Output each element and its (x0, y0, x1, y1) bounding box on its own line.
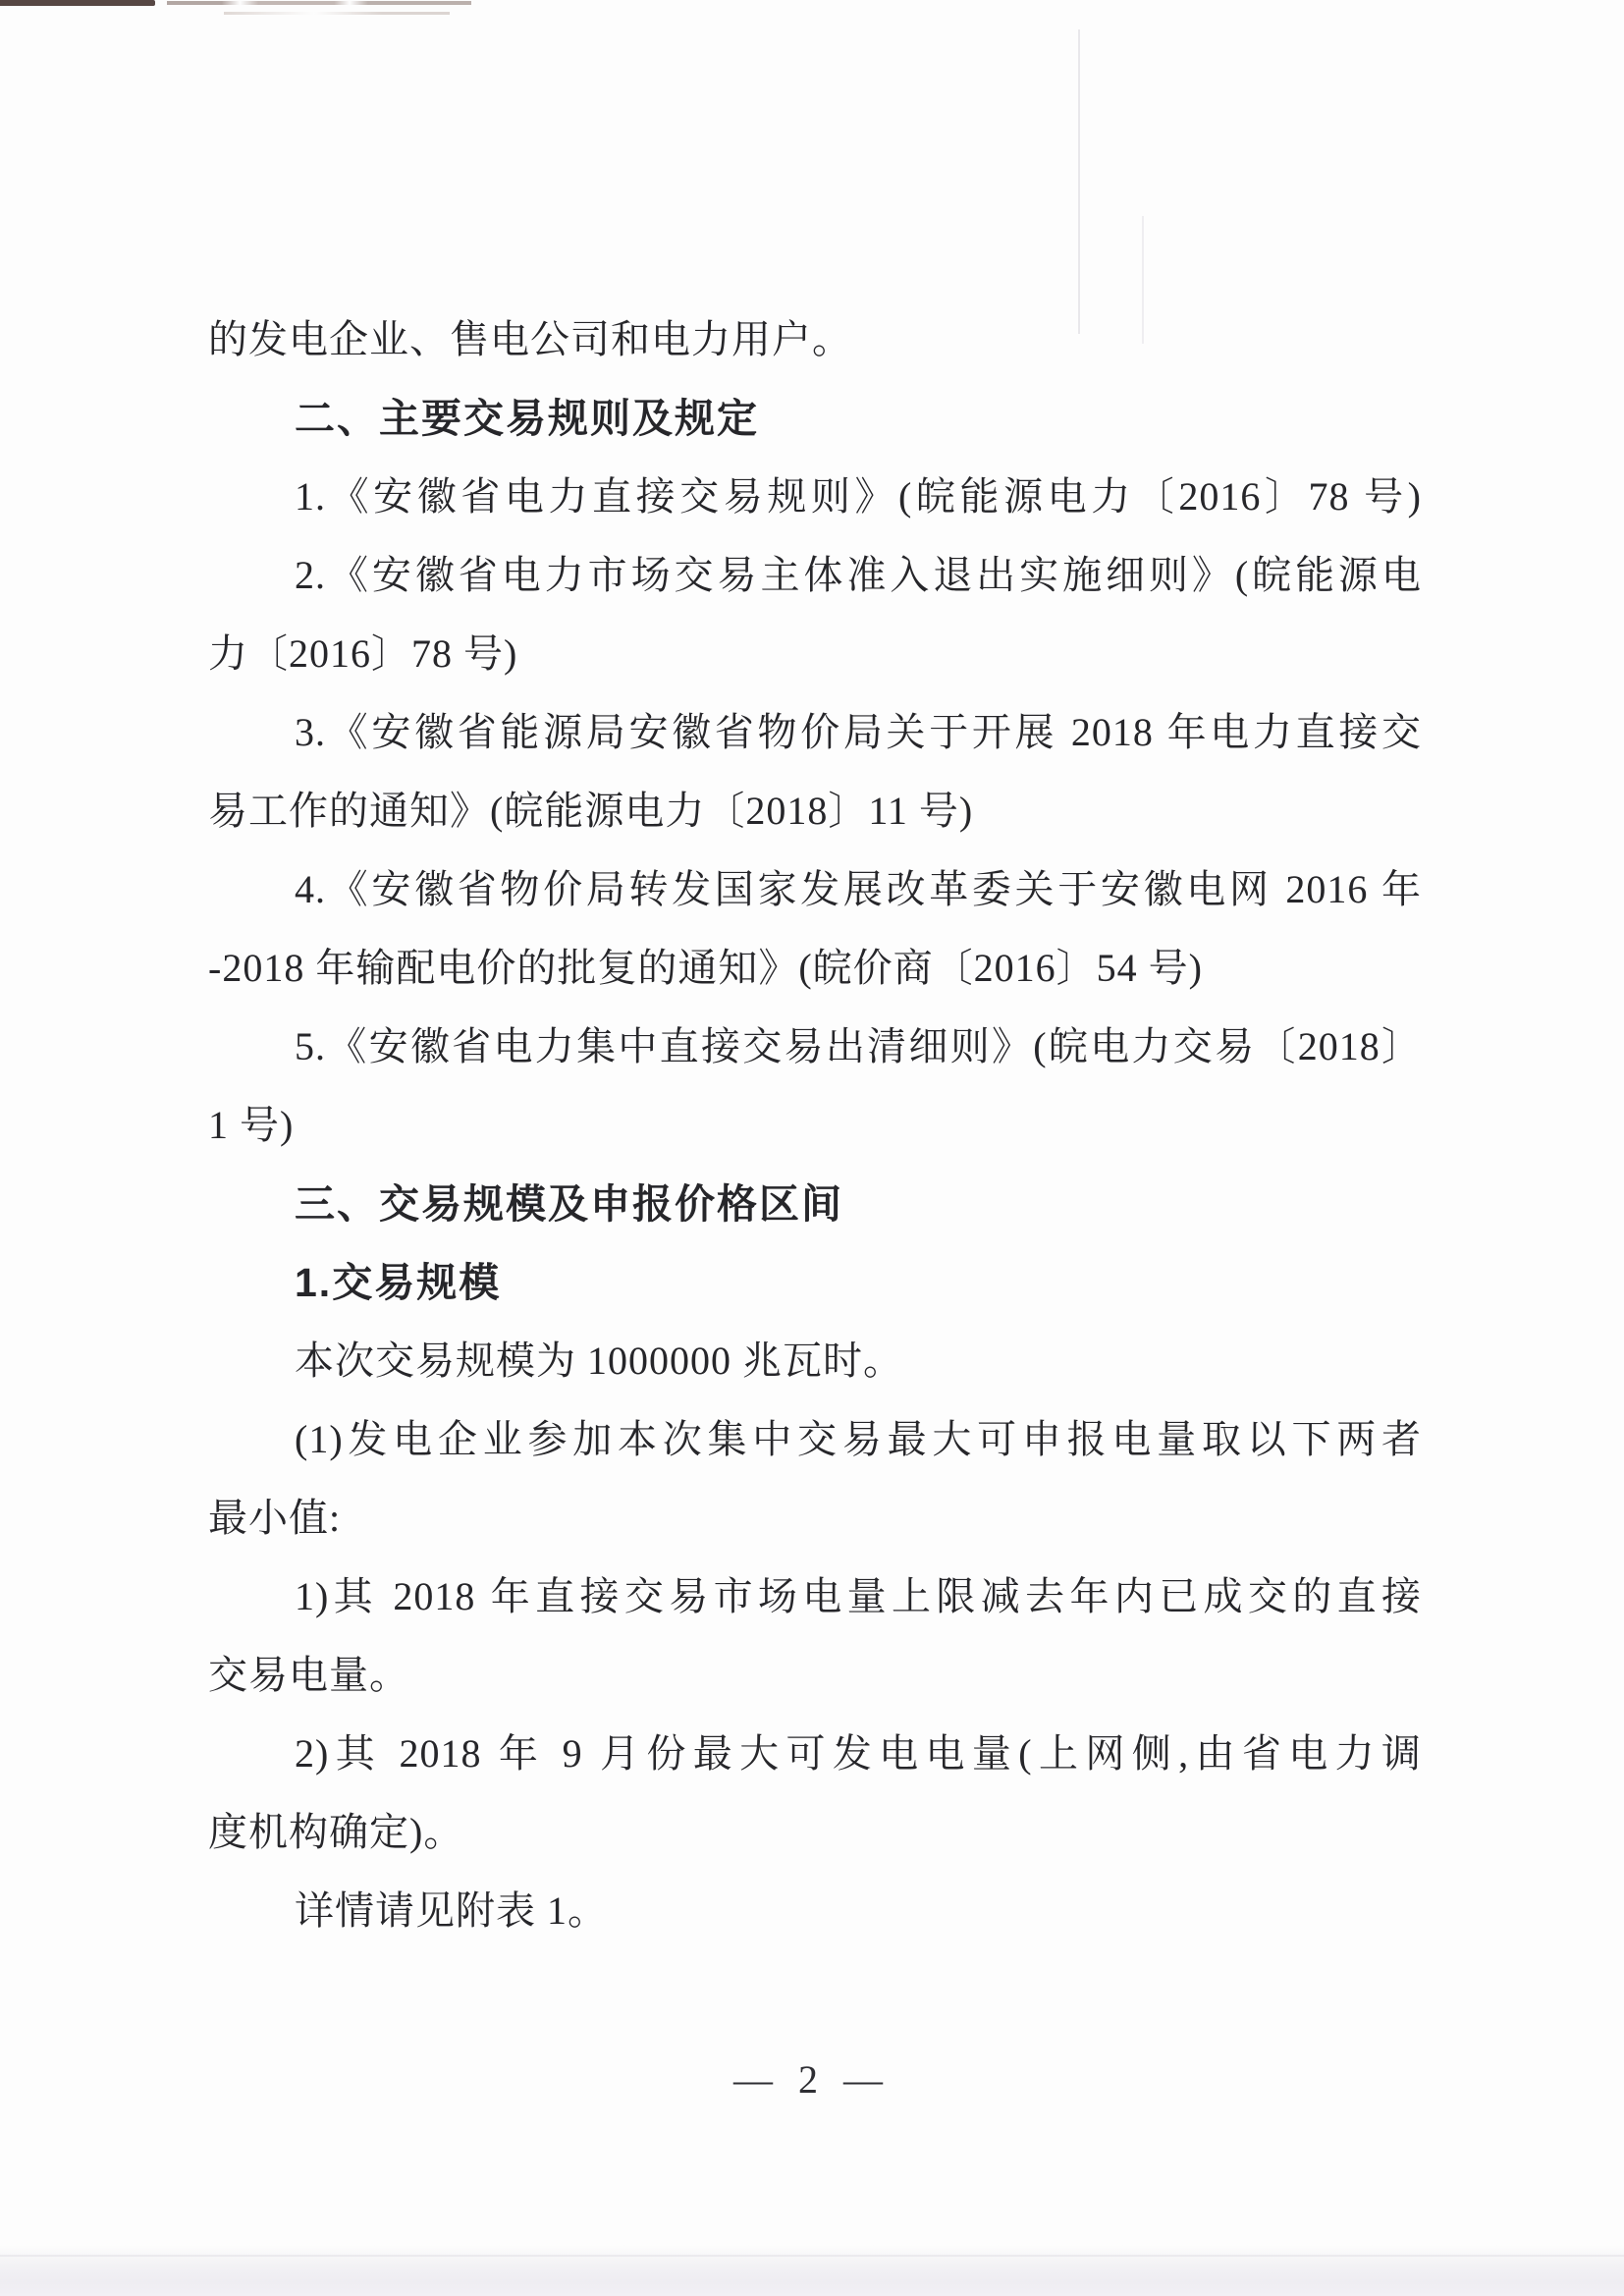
rule-item-2-line-2: 力〔2016〕78 号) (208, 615, 1422, 693)
rule-item-3-line-1: 3.《安徽省能源局安徽省物价局关于开展 2018 年电力直接交 (208, 693, 1422, 772)
item-1-line-2: 最小值: (208, 1479, 1422, 1558)
rule-item-5-line-1: 5.《安徽省电力集中直接交易出清细则》(皖电力交易〔2018〕 (208, 1008, 1422, 1086)
page-number: — 2 — (0, 2049, 1624, 2111)
rule-item-4-line-2: -2018 年输配电价的批复的通知》(皖价商〔2016〕54 号) (208, 929, 1422, 1008)
rule-item-1: 1.《安徽省电力直接交易规则》(皖能源电力〔2016〕78 号) (208, 458, 1422, 536)
scan-artifact-bottom-band (0, 2245, 1624, 2296)
item-1-line-1: (1)发电企业参加本次集中交易最大可申报电量取以下两者 (208, 1400, 1422, 1479)
trade-scale-line: 本次交易规模为 1000000 兆瓦时。 (208, 1322, 1422, 1400)
section-3-heading: 三、交易规模及申报价格区间 (208, 1165, 1422, 1243)
sub-item-1-line-2: 交易电量。 (208, 1636, 1422, 1715)
rule-item-2-line-1: 2.《安徽省电力市场交易主体准入退出实施细则》(皖能源电 (208, 536, 1422, 615)
document-page: 的发电企业、售电公司和电力用户。二、主要交易规则及规定1.《安徽省电力直接交易规… (0, 0, 1624, 2296)
scan-artifact-top-mark-faint (167, 1, 471, 5)
rule-item-5-line-2: 1 号) (208, 1086, 1422, 1165)
section-2-heading: 二、主要交易规则及规定 (208, 379, 1422, 458)
rule-item-4-line-1: 4.《安徽省物价局转发国家发展改革委关于安徽电网 2016 年 (208, 850, 1422, 929)
scan-artifact-top-mark (0, 0, 155, 6)
scan-artifact-top-mark-faint-2 (224, 12, 450, 15)
sub-item-1-line-1: 1)其 2018 年直接交易市场电量上限减去年内已成交的直接 (208, 1558, 1422, 1636)
document-body: 的发电企业、售电公司和电力用户。二、主要交易规则及规定1.《安徽省电力直接交易规… (208, 301, 1422, 1950)
see-appendix-line: 详情请见附表 1。 (208, 1872, 1422, 1950)
scan-artifact-bottom-edge (0, 2255, 1624, 2257)
sub-item-2-line-2: 度机构确定)。 (208, 1793, 1422, 1872)
subsection-1-heading: 1.交易规模 (208, 1243, 1422, 1322)
sub-item-2-line-1: 2)其 2018 年 9 月份最大可发电电量(上网侧,由省电力调 (208, 1715, 1422, 1793)
rule-item-3-line-2: 易工作的通知》(皖能源电力〔2018〕11 号) (208, 772, 1422, 850)
scan-artifact-vertical-streak (1078, 29, 1080, 334)
intro-continuation-line: 的发电企业、售电公司和电力用户。 (208, 301, 1422, 379)
